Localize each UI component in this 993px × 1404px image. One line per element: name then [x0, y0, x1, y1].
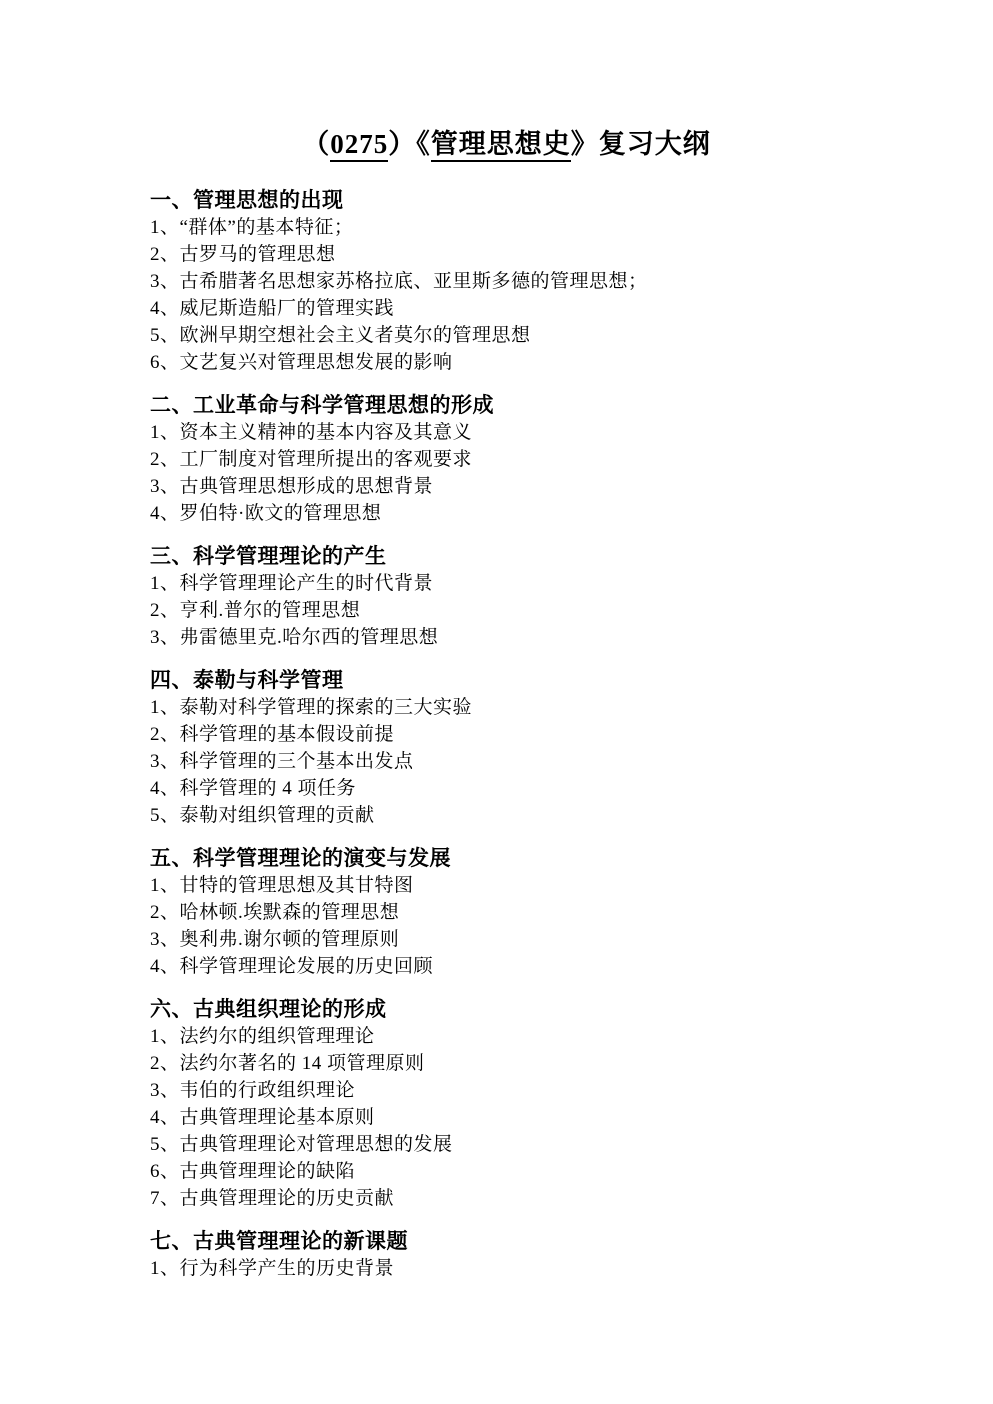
outline-item: 7、古典管理理论的历史贡献: [150, 1185, 863, 1212]
outline-item: 1、科学管理理论产生的时代背景: [150, 570, 863, 597]
document-title: （0275）《管理思想史》复习大纲: [150, 128, 863, 160]
outline-item: 1、甘特的管理思想及其甘特图: [150, 872, 863, 899]
outline-item: 2、亨利.普尔的管理思想: [150, 597, 863, 624]
section-5: 五、科学管理理论的演变与发展 1、甘特的管理思想及其甘特图 2、哈林顿.埃默森的…: [150, 845, 863, 980]
course-code: 0275: [330, 129, 388, 162]
outline-item: 5、欧洲早期空想社会主义者莫尔的管理思想: [150, 322, 863, 349]
outline-item: 3、科学管理的三个基本出发点: [150, 748, 863, 775]
outline-item: 6、文艺复兴对管理思想发展的影响: [150, 349, 863, 376]
section-5-heading: 五、科学管理理论的演变与发展: [150, 845, 863, 872]
outline-item: 3、古希腊著名思想家苏格拉底、亚里斯多德的管理思想；: [150, 268, 863, 295]
section-4: 四、泰勒与科学管理 1、泰勒对科学管理的探索的三大实验 2、科学管理的基本假设前…: [150, 667, 863, 829]
outline-item: 5、泰勒对组织管理的贡献: [150, 802, 863, 829]
outline-item: 4、科学管理的 4 项任务: [150, 775, 863, 802]
outline-item: 2、科学管理的基本假设前提: [150, 721, 863, 748]
outline-item: 1、资本主义精神的基本内容及其意义: [150, 419, 863, 446]
section-3-heading: 三、科学管理理论的产生: [150, 543, 863, 570]
outline-item: 3、韦伯的行政组织理论: [150, 1077, 863, 1104]
outline-item: 1、行为科学产生的历史背景: [150, 1255, 863, 1282]
title-suffix: 》复习大纲: [571, 129, 711, 159]
outline-item: 3、古典管理思想形成的思想背景: [150, 473, 863, 500]
section-6: 六、古典组织理论的形成 1、法约尔的组织管理理论 2、法约尔著名的 14 项管理…: [150, 996, 863, 1212]
outline-item: 1、“群体”的基本特征；: [150, 214, 863, 241]
section-2: 二、工业革命与科学管理思想的形成 1、资本主义精神的基本内容及其意义 2、工厂制…: [150, 392, 863, 527]
outline-item: 1、泰勒对科学管理的探索的三大实验: [150, 694, 863, 721]
section-4-heading: 四、泰勒与科学管理: [150, 667, 863, 694]
section-1-heading: 一、管理思想的出现: [150, 187, 863, 214]
outline-item: 2、哈林顿.埃默森的管理思想: [150, 899, 863, 926]
document-page: （0275）《管理思想史》复习大纲 一、管理思想的出现 1、“群体”的基本特征；…: [0, 0, 993, 1404]
section-7: 七、古典管理理论的新课题 1、行为科学产生的历史背景: [150, 1228, 863, 1282]
outline-item: 1、法约尔的组织管理理论: [150, 1023, 863, 1050]
outline-item: 3、奥利弗.谢尔顿的管理原则: [150, 926, 863, 953]
section-7-heading: 七、古典管理理论的新课题: [150, 1228, 863, 1255]
title-mid: ）《: [388, 129, 431, 159]
outline-item: 4、威尼斯造船厂的管理实践: [150, 295, 863, 322]
section-6-heading: 六、古典组织理论的形成: [150, 996, 863, 1023]
course-name: 管理思想史: [431, 129, 571, 162]
outline-item: 6、古典管理理论的缺陷: [150, 1158, 863, 1185]
outline-item: 4、罗伯特·欧文的管理思想: [150, 500, 863, 527]
section-2-heading: 二、工业革命与科学管理思想的形成: [150, 392, 863, 419]
outline-item: 3、弗雷德里克.哈尔西的管理思想: [150, 624, 863, 651]
outline-item: 4、古典管理理论基本原则: [150, 1104, 863, 1131]
title-prefix: （: [302, 129, 330, 159]
outline-item: 5、古典管理理论对管理思想的发展: [150, 1131, 863, 1158]
outline-item: 2、古罗马的管理思想: [150, 241, 863, 268]
outline-item: 2、法约尔著名的 14 项管理原则: [150, 1050, 863, 1077]
section-3: 三、科学管理理论的产生 1、科学管理理论产生的时代背景 2、亨利.普尔的管理思想…: [150, 543, 863, 651]
outline-item: 4、科学管理理论发展的历史回顾: [150, 953, 863, 980]
outline-item: 2、工厂制度对管理所提出的客观要求: [150, 446, 863, 473]
section-1: 一、管理思想的出现 1、“群体”的基本特征； 2、古罗马的管理思想 3、古希腊著…: [150, 187, 863, 376]
